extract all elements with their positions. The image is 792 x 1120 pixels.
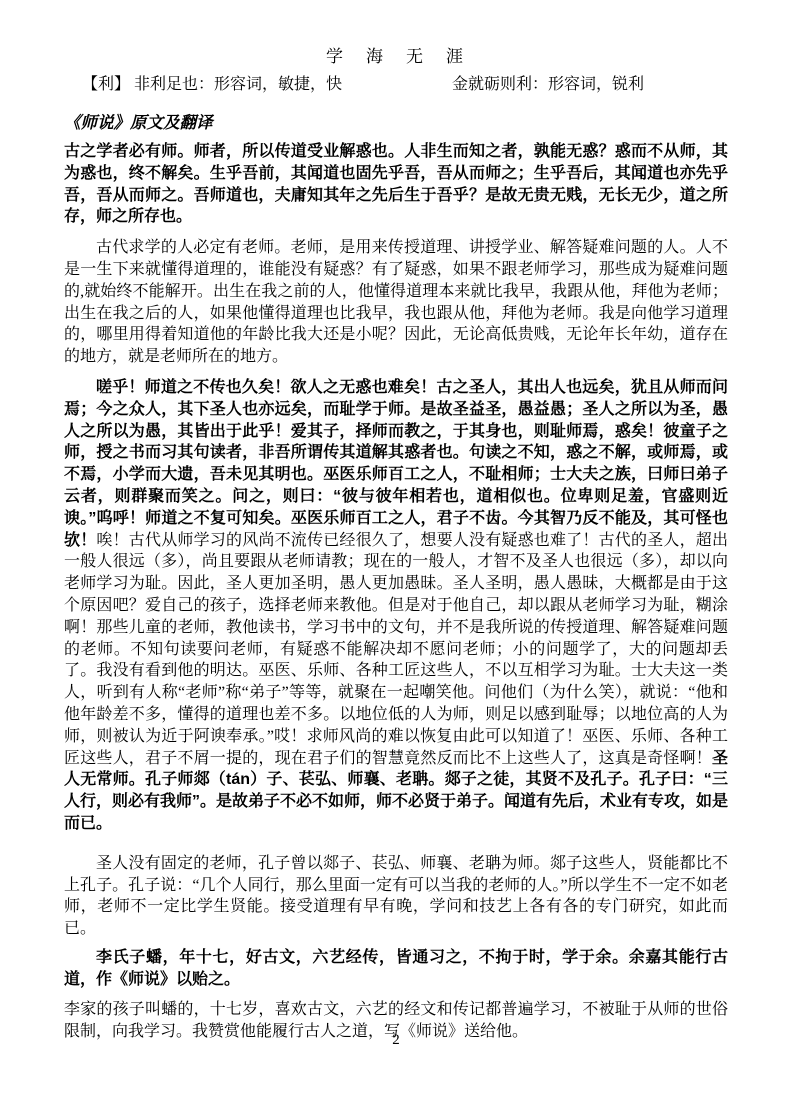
document-header-motto: 学 海 无 涯 [64, 46, 728, 68]
gloss-entry-right: 金就砺则利：形容词，锐利 [452, 74, 644, 96]
gloss-line: 【利】 非利足也：形容词，敏捷，快 金就砺则利：形容词，锐利 [64, 74, 728, 96]
paragraph-translation-3: 圣人没有固定的老师，孔子曾以郯子、苌弘、师襄、老聃为师。郯子这些人，贤能都比不上… [64, 853, 728, 940]
paragraph-translation-1: 古代求学的人必定有老师。老师，是用来传授道理、讲授学业、解答疑难问题的人。人不是… [64, 237, 728, 368]
classical-text-2: 嗟乎！师道之不传也久矣！欲人之无惑也难矣！古之圣人，其出人也远矣，犹且从师而问焉… [64, 379, 728, 549]
document-title: 《师说》原文及翻译 [64, 112, 728, 134]
paragraph-classical-1: 古之学者必有师。师者，所以传道受业解惑也。人非生而知之者，孰能无惑？惑而不从师，… [64, 141, 728, 228]
document-page: 学 海 无 涯 【利】 非利足也：形容词，敏捷，快 金就砺则利：形容词，锐利 《… [0, 0, 792, 1120]
translation-text-2: 唉！古代从师学习的风尚不流传已经很久了，想要人没有疑惑也难了！古代的圣人，超出一… [64, 532, 728, 767]
page-number: 2 [0, 1030, 792, 1050]
paragraph-mixed: 嗟乎！师道之不传也久矣！欲人之无惑也难矣！古之圣人，其出人也远矣，犹且从师而问焉… [64, 377, 728, 835]
gloss-entry-left: 【利】 非利足也：形容词，敏捷，快 [64, 74, 342, 96]
paragraph-classical-4: 李氏子蟠，年十七，好古文，六艺经传，皆通习之，不拘于时，学于余。余嘉其能行古道，… [64, 947, 728, 991]
